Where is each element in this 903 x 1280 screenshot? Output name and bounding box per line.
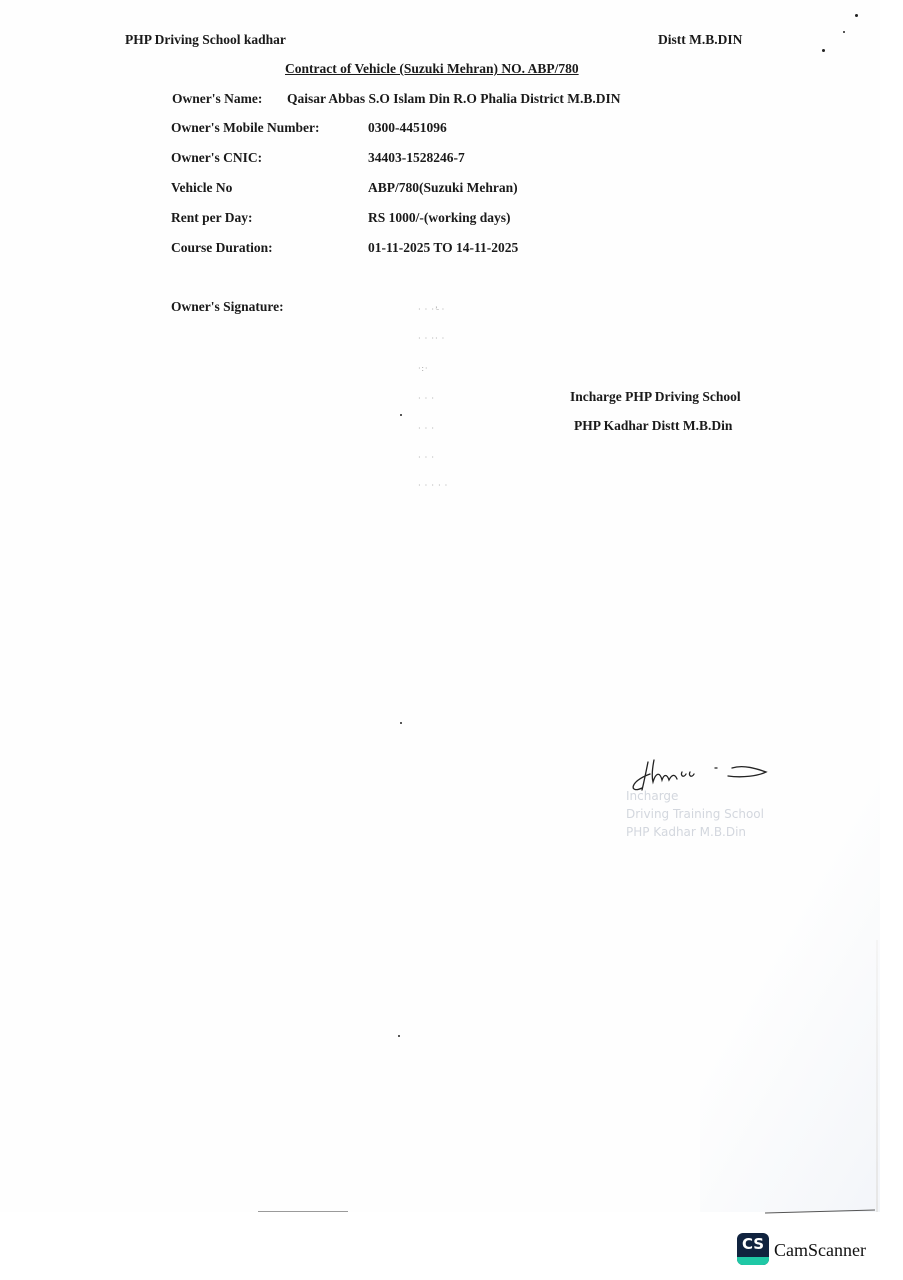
- scan-speck: [855, 14, 858, 17]
- field-label: Course Duration:: [171, 240, 273, 256]
- camscanner-logo-text: CS: [737, 1235, 769, 1253]
- faded-mark: · · ·ʼ̵ ·: [418, 305, 445, 314]
- owner-name-label: Owner's Name:: [172, 91, 262, 107]
- faded-mark: · · ·: [418, 453, 435, 462]
- incharge-title: Incharge PHP Driving School: [570, 389, 741, 405]
- school-name: PHP Driving School kadhar: [125, 32, 286, 48]
- owner-signature-label: Owner's Signature:: [171, 299, 284, 315]
- contract-title: Contract of Vehicle (Suzuki Mehran) NO. …: [285, 61, 579, 77]
- faded-mark: · · ·· ·: [418, 334, 445, 343]
- scan-speck: [398, 1035, 400, 1037]
- owner-name-value: Qaisar Abbas S.O Islam Din R.O Phalia Di…: [287, 91, 621, 107]
- faded-mark: ·:·: [418, 364, 429, 373]
- district-name: Distt M.B.DIN: [658, 32, 742, 48]
- camscanner-logo-bar: [737, 1257, 769, 1265]
- page-edge: [876, 940, 878, 1212]
- page-bottom-edge: [258, 1211, 348, 1212]
- scan-speck: [400, 414, 402, 416]
- camscanner-logo: CS: [737, 1233, 769, 1265]
- scan-speck: [843, 31, 845, 33]
- scan-speck: [400, 722, 402, 724]
- field-value: 34403-1528246-7: [368, 150, 465, 166]
- field-label: Owner's CNIC:: [171, 150, 262, 166]
- faded-mark: · · · · ·: [418, 481, 448, 490]
- field-value: ABP/780(Suzuki Mehran): [368, 180, 518, 196]
- camscanner-brand: CamScanner: [774, 1240, 866, 1261]
- field-value: RS 1000/-(working days): [368, 210, 511, 226]
- faded-mark: · · ·: [418, 424, 435, 433]
- scan-speck: [822, 49, 825, 52]
- faded-mark: · · ·: [418, 394, 435, 403]
- field-label: Owner's Mobile Number:: [171, 120, 319, 136]
- field-label: Rent per Day:: [171, 210, 253, 226]
- field-label: Vehicle No: [171, 180, 232, 196]
- incharge-location: PHP Kadhar Distt M.B.Din: [574, 418, 732, 434]
- field-value: 0300-4451096: [368, 120, 447, 136]
- stamp-line: Driving Training School: [626, 807, 764, 821]
- stamp-line: Incharge: [626, 789, 678, 803]
- field-value: 01-11-2025 TO 14-11-2025: [368, 240, 518, 256]
- stamp-line: PHP Kadhar M.B.Din: [626, 825, 746, 839]
